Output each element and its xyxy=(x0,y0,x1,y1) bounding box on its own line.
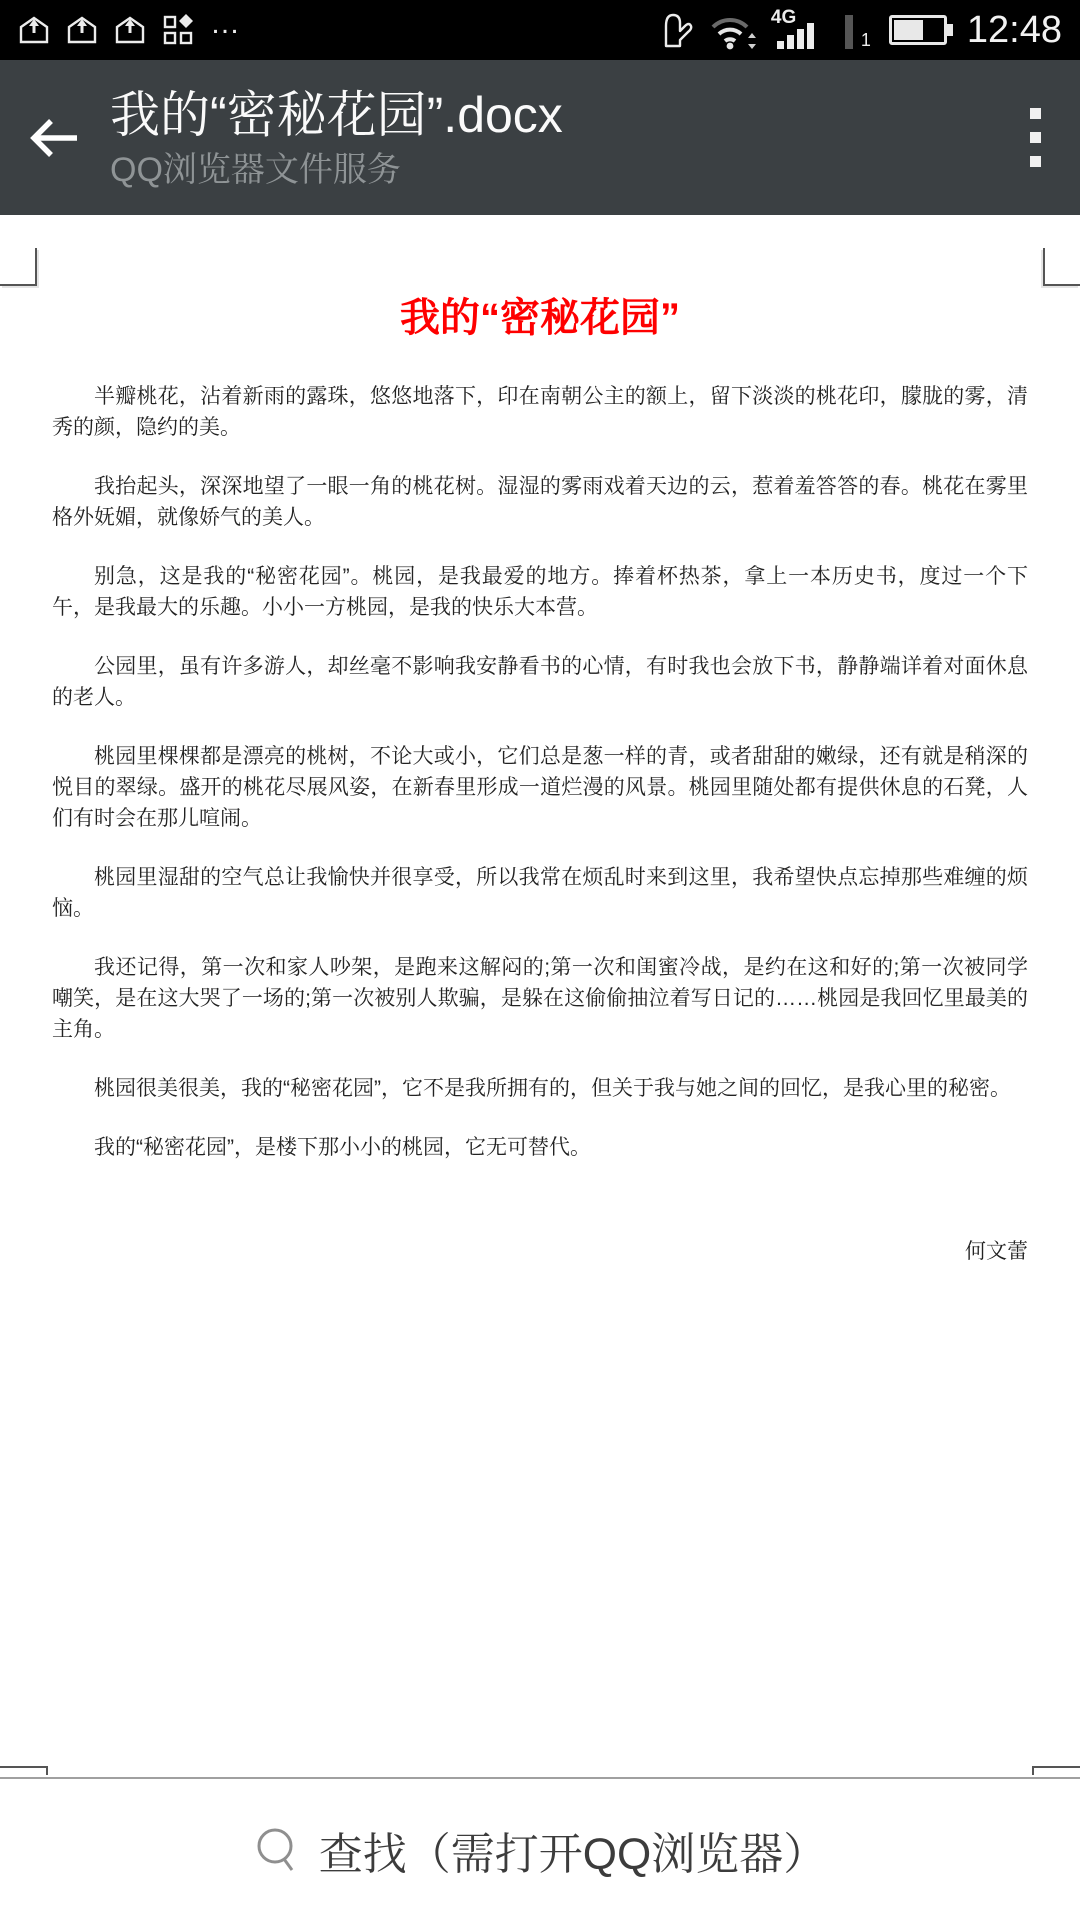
wifi-icon xyxy=(707,9,757,51)
system-status-icons: 4G 1 12:48 xyxy=(657,7,1062,53)
sim2-signal-bar xyxy=(845,15,853,49)
document-title: 我的“密秘花园” xyxy=(52,295,1028,341)
signal-bars xyxy=(777,23,814,49)
app-header: 我的“密秘花园”.docx QQ浏览器文件服务 xyxy=(0,60,1080,215)
document-body: 半瓣桃花，沾着新雨的露珠，悠悠地落下，印在南朝公主的额上，留下淡淡的桃花印，朦胧… xyxy=(52,381,1028,1163)
battery-icon xyxy=(889,15,947,45)
document-viewer[interactable]: 我的“密秘花园” 半瓣桃花，沾着新雨的露珠，悠悠地落下，印在南朝公主的额上，留下… xyxy=(0,215,1080,1777)
clock-label: 12:48 xyxy=(967,9,1062,52)
paragraph: 我抬起头，深深地望了一眼一角的桃花树。湿湿的雾雨戏着天边的云，惹着羞答答的春。桃… xyxy=(52,471,1028,533)
paragraph: 半瓣桃花，沾着新雨的露珠，悠悠地落下，印在南朝公主的额上，留下淡淡的桃花印，朦胧… xyxy=(52,381,1028,443)
service-subtitle: QQ浏览器文件服务 xyxy=(110,150,563,190)
paragraph: 桃园里棵棵都是漂亮的桃树，不论大或小，它们总是葱一样的青，或者甜甜的嫩绿，还有就… xyxy=(52,741,1028,834)
paragraph: 别急，这是我的“秘密花园”。桃园，是我最爱的地方。捧着杯热茶，拿上一本历史书，度… xyxy=(52,561,1028,623)
notification-icons: … xyxy=(18,14,242,46)
paragraph: 我的“秘密花园”，是楼下那小小的桃园，它无可替代。 xyxy=(52,1132,1028,1163)
overflow-menu-icon xyxy=(1030,108,1041,119)
back-button[interactable] xyxy=(0,60,110,215)
paragraph: 桃园里湿甜的空气总让我愉快并很享受，所以我常在烦乱时来到这里，我希望快点忘掉那些… xyxy=(52,862,1028,924)
search-icon xyxy=(253,1824,303,1876)
signal-icon: 4G 1 xyxy=(771,7,875,53)
overflow-menu-icon xyxy=(1030,132,1041,143)
widgets-icon xyxy=(162,14,194,46)
file-title: 我的“密秘花园”.docx xyxy=(110,86,563,144)
more-icon: … xyxy=(210,14,242,34)
header-titles: 我的“密秘花园”.docx QQ浏览器文件服务 xyxy=(110,86,563,190)
page-corner-mark xyxy=(0,1766,48,1775)
find-label: 查找（需打开QQ浏览器） xyxy=(319,1818,827,1882)
paragraph: 我还记得，第一次和家人吵架，是跑来这解闷的;第一次和闺蜜冷战，是约在这和好的;第… xyxy=(52,952,1028,1045)
sim-number-label: 1 xyxy=(861,30,871,51)
find-bar[interactable]: 查找（需打开QQ浏览器） xyxy=(0,1777,1080,1920)
back-arrow-icon xyxy=(27,114,83,162)
document-page: 我的“密秘花园” 半瓣桃花，沾着新雨的露珠，悠悠地落下，印在南朝公主的额上，留下… xyxy=(0,215,1080,1265)
document-signature: 何文蕾 xyxy=(52,1235,1028,1265)
page-corner-mark xyxy=(1032,1766,1080,1775)
paragraph: 桃园很美很美，我的“秘密花园”，它不是我所拥有的，但关于我与她之间的回忆，是我心… xyxy=(52,1073,1028,1104)
message-sent-icon xyxy=(18,14,50,46)
overflow-menu-icon xyxy=(1030,156,1041,167)
message-sent-icon xyxy=(114,14,146,46)
overflow-menu-button[interactable] xyxy=(990,60,1080,215)
status-bar: … 4G 1 12:48 xyxy=(0,0,1080,60)
paragraph: 公园里，虽有许多游人，却丝毫不影响我安静看书的心情，有时我也会放下书，静静端详着… xyxy=(52,651,1028,713)
message-sent-icon xyxy=(66,14,98,46)
glove-mode-icon xyxy=(657,10,693,50)
